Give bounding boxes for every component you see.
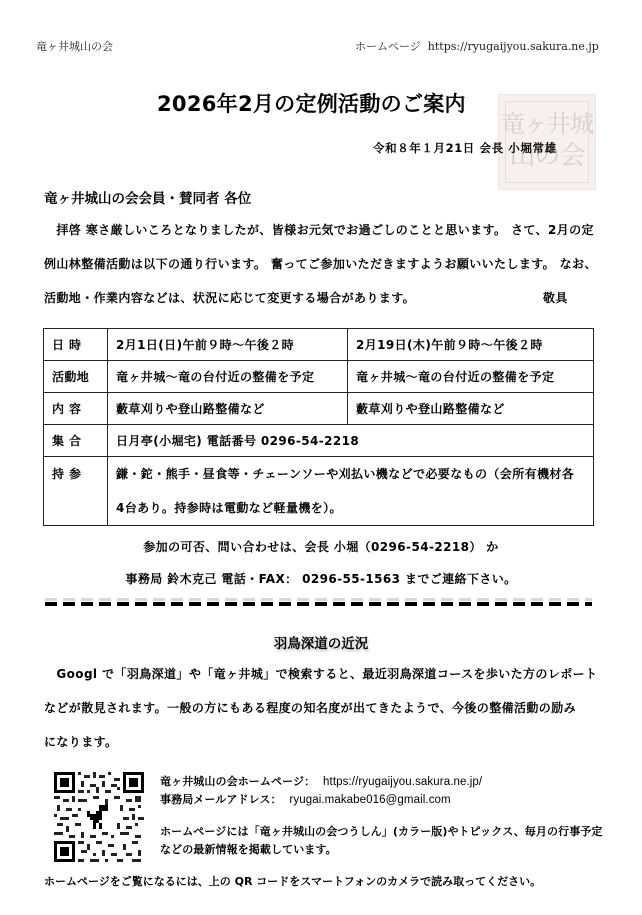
email-label: 事務局メールアドレス： — [160, 793, 282, 806]
addressee: 竜ヶ井城山の会会員・賛同者 各位 — [44, 187, 251, 207]
homepage-desc-line-2: などの最新情報を掲載しています。 — [160, 841, 337, 857]
table-row-location: 活動地 竜ヶ井城～竜の台付近の整備を予定 竜ヶ井城～竜の台付近の整備を予定 — [44, 361, 594, 393]
email-info: 事務局メールアドレス： ryugai.makabe016@gmail.com — [160, 791, 451, 807]
session2-datetime: 2月19日(木)午前９時～午後２時 — [348, 329, 594, 361]
homepage-desc-line-1: ホームページには「竜ヶ井城山の会つうしん」(カラー版)やトピックス、毎月の行事予… — [160, 823, 603, 839]
date-and-sender: 令和８年１月21日 会長 小堀常雄 — [373, 140, 557, 156]
meeting-place: 日月亭(小堀宅) 電話番号 0296-54-2218 — [108, 425, 594, 457]
session1-content: 藪草刈りや登山路整備など — [108, 393, 348, 425]
contact-line-2: 事務局 鈴木克己 電話・FAX： 0296-55-1563 までご連絡下さい。 — [0, 570, 642, 587]
qr-instruction: ホームページをご覧になるには、上の QR コードをスマートフォンのカメラで読み取… — [44, 873, 541, 889]
row-label: 日 時 — [44, 329, 108, 361]
schedule-table: 日 時 2月1日(日)午前９時～午後２時 2月19日(木)午前９時～午後２時 活… — [43, 328, 594, 526]
contact-line-1: 参加の可否、問い合わせは、会長 小堀（0296-54-2218） か — [0, 538, 642, 555]
homepage-info: 竜ヶ井城山の会ホームページ： https://ryugaijyou.sakura… — [160, 773, 482, 789]
items-to-bring: 鎌・鉈・熊手・昼食等・チェーンソーや刈払い機などで必要なもの（会所有機材各 4台… — [108, 457, 594, 526]
row-label: 集 合 — [44, 425, 108, 457]
homepage-label: ホームページ — [355, 40, 421, 53]
greeting-line-2: 例山林整備活動は以下の通り行います。 奮ってご参加いただきますようお願いいたしま… — [44, 255, 597, 272]
org-name-header: 竜ヶ井城山の会 — [36, 38, 113, 54]
table-row-content: 内 容 藪草刈りや登山路整備など 藪草刈りや登山路整備など — [44, 393, 594, 425]
table-row-bring: 持 参 鎌・鉈・熊手・昼食等・チェーンソーや刈払い機などで必要なもの（会所有機材… — [44, 457, 594, 526]
session2-content: 藪草刈りや登山路整備など — [348, 393, 594, 425]
table-row-datetime: 日 時 2月1日(日)午前９時～午後２時 2月19日(木)午前９時～午後２時 — [44, 329, 594, 361]
news-line-1: Googl で「羽鳥深道」や「竜ヶ井城」で検索すると、最近羽鳥深道コースを歩いた… — [44, 665, 597, 682]
homepage-info-label: 竜ヶ井城山の会ホームページ： — [160, 775, 315, 788]
homepage-url[interactable]: https://ryugaijyou.sakura.ne.jp — [428, 40, 599, 53]
session1-datetime: 2月1日(日)午前９時～午後２時 — [108, 329, 348, 361]
page-title: 2026年2月の定例活動のご案内 — [157, 88, 466, 118]
news-section-title: 羽鳥深道の近況 — [0, 632, 642, 652]
greeting-line-3: 活動地・作業内容などは、状況に応じて変更する場合があります。 — [44, 289, 415, 306]
news-line-2: などが散見されます。一般の方にもある程度の知名度が出てきたようで、今後の整備活動… — [44, 699, 576, 716]
row-label: 持 参 — [44, 457, 108, 526]
session1-location: 竜ヶ井城～竜の台付近の整備を予定 — [108, 361, 348, 393]
row-label: 内 容 — [44, 393, 108, 425]
news-line-3: になります。 — [44, 733, 117, 750]
seal-text-line1: 竜ヶ井城 — [499, 109, 595, 139]
homepage-info-url[interactable]: https://ryugaijyou.sakura.ne.jp/ — [323, 776, 482, 788]
table-row-meeting-place: 集 合 日月亭(小堀宅) 電話番号 0296-54-2218 — [44, 425, 594, 457]
session2-location: 竜ヶ井城～竜の台付近の整備を予定 — [348, 361, 594, 393]
row-label: 活動地 — [44, 361, 108, 393]
homepage-header: ホームページ https://ryugaijyou.sakura.ne.jp — [355, 38, 599, 54]
greeting-line-1: 拝啓 寒さ厳しいころとなりましたが、皆様お元気でお過ごしのことと思います。 さて… — [44, 221, 594, 238]
email-address[interactable]: ryugai.makabe016@gmail.com — [289, 794, 450, 806]
closing-keigu: 敬具 — [543, 289, 568, 306]
qr-code-icon[interactable] — [54, 771, 144, 863]
divider-shadow — [45, 598, 592, 601]
dashed-divider — [45, 602, 592, 606]
